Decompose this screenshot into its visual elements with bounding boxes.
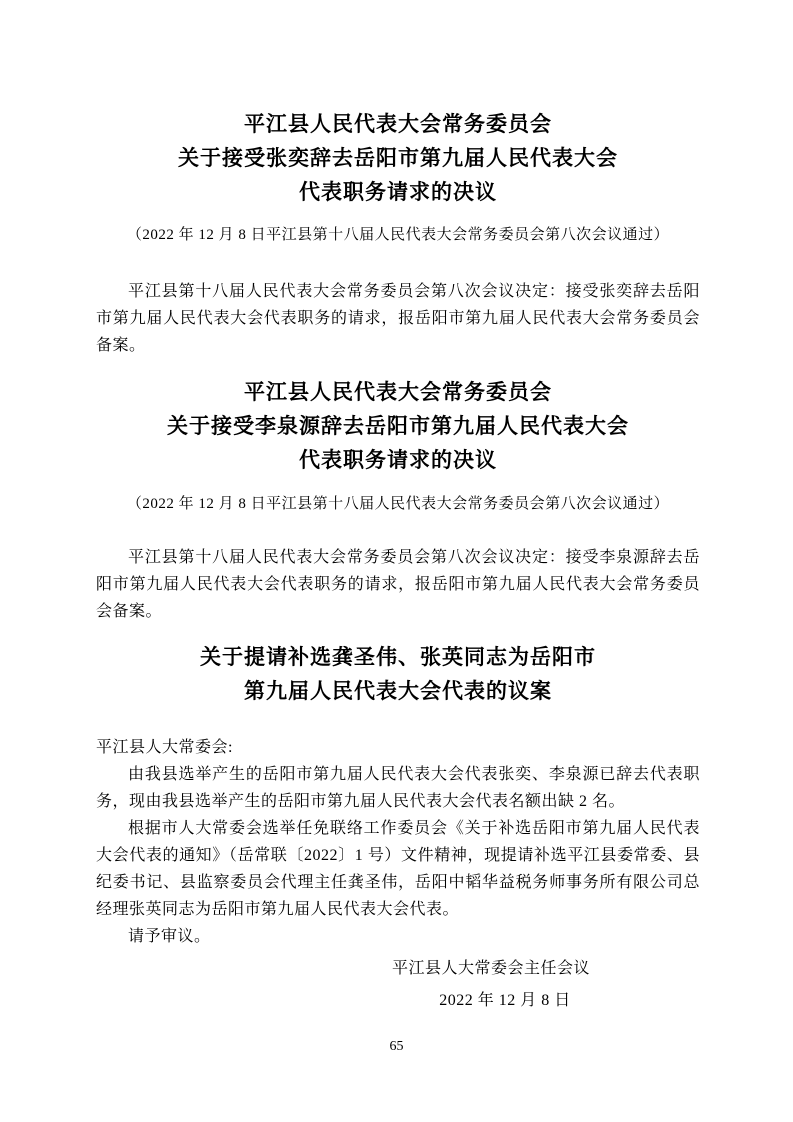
proposal-title-line-2: 第九届人民代表大会代表的议案 xyxy=(96,675,700,709)
proposal-body: 平江县人大常委会: 由我县选举产生的岳阳市第九届人民代表大会代表张奕、李泉源已辞… xyxy=(96,734,700,950)
page-number: 65 xyxy=(0,1038,793,1056)
resolution-1-body: 平江县第十八届人民代表大会常务委员会第八次会议决定：接受张奕辞去岳阳市第九届人民… xyxy=(96,278,700,359)
resolution-2-title: 平江县人民代表大会常务委员会 关于接受李泉源辞去岳阳市第九届人民代表大会 代表职… xyxy=(96,376,700,478)
proposal-salutation: 平江县人大常委会: xyxy=(96,734,700,761)
resolution-1-adoption-line: （2022 年 12 月 8 日平江县第十八届人民代表大会常务委员会第八次会议通… xyxy=(96,224,700,246)
resolution-2-title-line-1: 平江县人民代表大会常务委员会 xyxy=(96,376,700,410)
resolution-2-adoption-line: （2022 年 12 月 8 日平江县第十八届人民代表大会常务委员会第八次会议通… xyxy=(96,493,700,515)
resolution-1-paragraph: 平江县第十八届人民代表大会常务委员会第八次会议决定：接受张奕辞去岳阳市第九届人民… xyxy=(96,278,700,359)
resolution-1-title-line-1: 平江县人民代表大会常务委员会 xyxy=(96,108,700,142)
resolution-1-title: 平江县人民代表大会常务委员会 关于接受张奕辞去岳阳市第九届人民代表大会 代表职务… xyxy=(96,108,700,210)
proposal-paragraph-2: 根据市人大常委会选举任免联络工作委员会《关于补选岳阳市第九届人民代表大会代表的通… xyxy=(96,815,700,923)
proposal-title-line-1: 关于提请补选龚圣伟、张英同志为岳阳市 xyxy=(96,641,700,675)
resolution-1-title-line-3: 代表职务请求的决议 xyxy=(96,176,700,210)
document-content: 平江县人民代表大会常务委员会 关于接受张奕辞去岳阳市第九届人民代表大会 代表职务… xyxy=(96,0,700,1017)
resolution-2-title-line-2: 关于接受李泉源辞去岳阳市第九届人民代表大会 xyxy=(96,410,700,444)
resolution-2-paragraph: 平江县第十八届人民代表大会常务委员会第八次会议决定：接受李泉源辞去岳阳市第九届人… xyxy=(96,544,700,625)
resolution-2-title-line-3: 代表职务请求的决议 xyxy=(96,444,700,478)
signature-date: 2022 年 12 月 8 日 xyxy=(351,985,631,1017)
signature-issuer: 平江县人大常委会主任会议 xyxy=(351,953,631,985)
proposal-paragraph-3: 请予审议。 xyxy=(96,923,700,950)
proposal-title: 关于提请补选龚圣伟、张英同志为岳阳市 第九届人民代表大会代表的议案 xyxy=(96,641,700,709)
resolution-2-body: 平江县第十八届人民代表大会常务委员会第八次会议决定：接受李泉源辞去岳阳市第九届人… xyxy=(96,544,700,625)
resolution-1-title-line-2: 关于接受张奕辞去岳阳市第九届人民代表大会 xyxy=(96,142,700,176)
proposal-paragraph-1: 由我县选举产生的岳阳市第九届人民代表大会代表张奕、李泉源已辞去代表职务，现由我县… xyxy=(96,761,700,815)
signature-block: 平江县人大常委会主任会议 2022 年 12 月 8 日 xyxy=(351,953,631,1017)
document-page: 平江县人民代表大会常务委员会 关于接受张奕辞去岳阳市第九届人民代表大会 代表职务… xyxy=(0,0,793,1122)
